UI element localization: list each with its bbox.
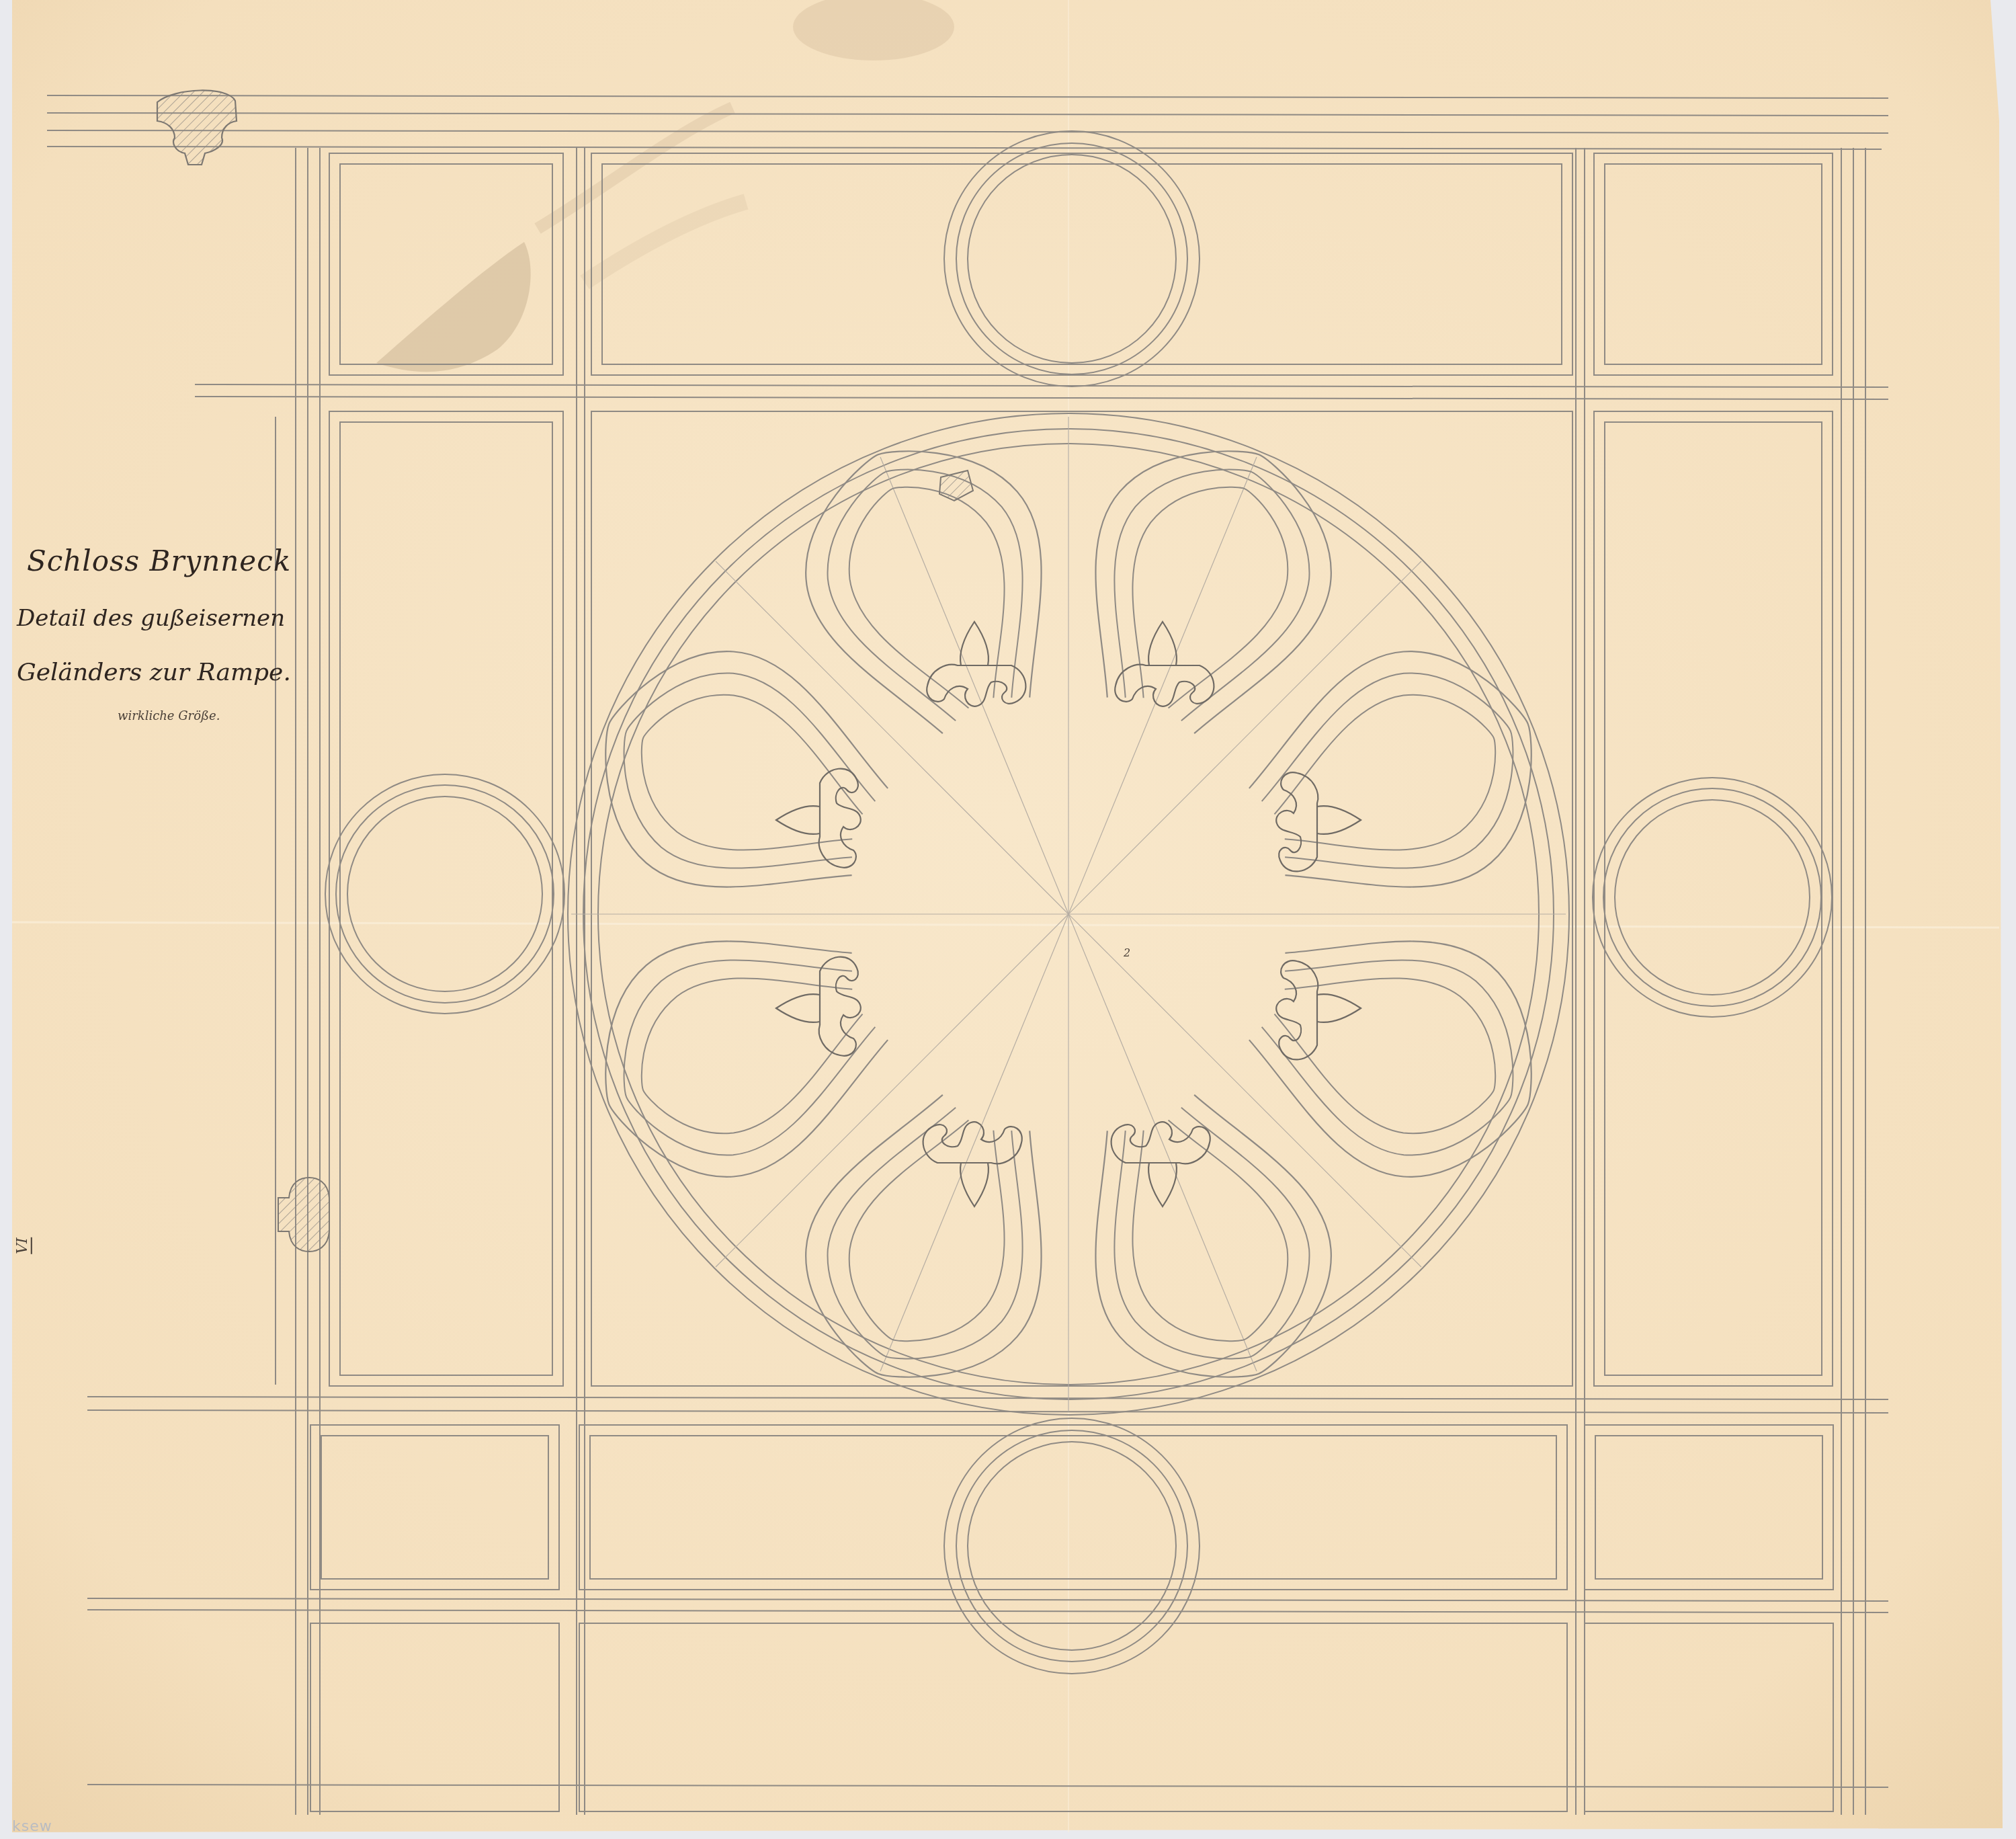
title-line-2: Detail des gußeisernen	[17, 605, 285, 632]
sheet-number: VI	[14, 1237, 32, 1254]
center-marker: 2	[1124, 946, 1130, 959]
corner-watermark: ksew	[12, 1818, 52, 1835]
title-line-1: Schloss Brynneck	[27, 544, 291, 577]
scale-note: wirkliche Größe.	[118, 709, 220, 723]
title-line-3: Geländers zur Rampe.	[17, 659, 291, 686]
drawing-sheet	[0, 0, 2016, 1839]
